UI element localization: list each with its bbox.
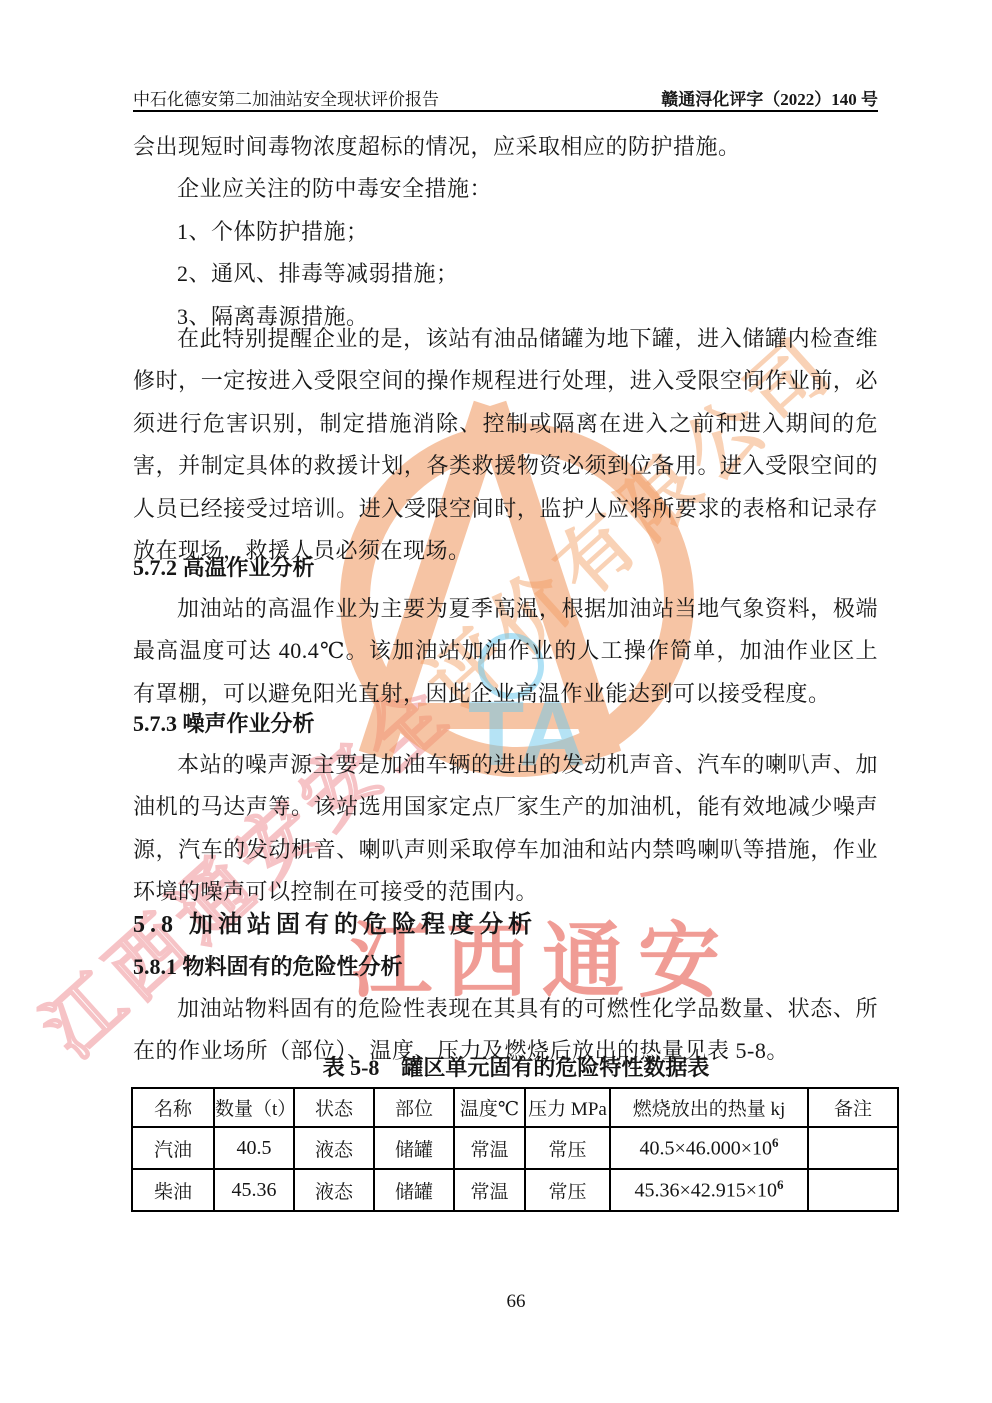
cell-state: 液态 [294,1127,374,1169]
paragraph-intro: 企业应关注的防中毒安全措施： [133,168,878,210]
table-caption: 表 5-8罐区单元固有的危险特性数据表 [133,1051,899,1082]
col-header-part: 部位 [374,1088,454,1127]
col-header-heat: 燃烧放出的热量 kj [610,1088,808,1127]
section-heading-573: 5.7.3 噪声作业分析 [133,707,878,741]
cell-note [808,1127,898,1169]
section-heading-581: 5.8.1 物料固有的危险性分析 [133,950,878,984]
header-document-ref: 赣通浔化评字（2022）140 号 [661,85,878,110]
heat-exponent: 6 [777,1177,784,1192]
cell-quantity: 40.5 [214,1127,294,1169]
table-row: 柴油 45.36 液态 储罐 常温 常压 45.36×42.915×106 [132,1169,898,1211]
col-header-name: 名称 [132,1088,214,1127]
col-header-quantity: 数量（t） [214,1088,294,1127]
heat-base: 45.36×42.915×10 [634,1180,777,1202]
section-heading-572: 5.7.2 高温作业分析 [133,551,878,585]
paragraph-confined-space: 在此特别提醒企业的是，该站有油品储罐为地下罐，进入储罐内检查维修时，一定按进入受… [133,318,878,572]
list-item: 1、个体防护措施； [133,211,878,253]
table-header-row: 名称 数量（t） 状态 部位 温度℃ 压力 MPa 燃烧放出的热量 kj 备注 [132,1088,898,1127]
cell-name: 柴油 [132,1169,214,1211]
cell-heat: 40.5×46.000×106 [610,1127,808,1169]
page-content: 中石化德安第二加油站安全现状评价报告 赣通浔化评字（2022）140 号 会出现… [0,0,992,1403]
cell-temperature: 常温 [454,1169,525,1211]
cell-state: 液态 [294,1169,374,1211]
section-heading-58: 5.8 加油站固有的危险程度分析 [133,908,878,942]
cell-note [808,1169,898,1211]
header-divider [133,110,878,112]
paragraph-carryover: 会出现短时间毒物浓度超标的情况，应采取相应的防护措施。 [133,126,878,168]
heat-exponent: 6 [772,1135,779,1150]
cell-pressure: 常压 [525,1127,610,1169]
table-row: 汽油 40.5 液态 储罐 常温 常压 40.5×46.000×106 [132,1127,898,1169]
header-report-title: 中石化德安第二加油站安全现状评价报告 [133,85,439,110]
cell-part: 储罐 [374,1127,454,1169]
table-caption-title: 罐区单元固有的危险特性数据表 [401,1055,709,1080]
cell-heat: 45.36×42.915×106 [610,1169,808,1211]
document-page: 江西通安安全评价有限公司 TA 江西通安 中石化德安第二加油站安全现状评价报告 … [0,0,992,1403]
col-header-pressure: 压力 MPa [525,1088,610,1127]
cell-temperature: 常温 [454,1127,525,1169]
cell-quantity: 45.36 [214,1169,294,1211]
table-caption-number: 表 5-8 [323,1055,380,1080]
col-header-temperature: 温度℃ [454,1088,525,1127]
paragraph-noise: 本站的噪声源主要是加油车辆的进出的发动机声音、汽车的喇叭声、加油机的马达声等。该… [133,744,878,914]
list-item: 2、通风、排毒等减弱措施； [133,253,878,295]
paragraph-high-temp: 加油站的高温作业为主要为夏季高温，根据加油站当地气象资料，极端最高温度可达 40… [133,588,878,715]
hazard-data-table: 名称 数量（t） 状态 部位 温度℃ 压力 MPa 燃烧放出的热量 kj 备注 … [131,1087,899,1212]
cell-pressure: 常压 [525,1169,610,1211]
cell-name: 汽油 [132,1127,214,1169]
page-number: 66 [133,1291,899,1313]
heat-base: 40.5×46.000×10 [639,1138,772,1160]
cell-part: 储罐 [374,1169,454,1211]
col-header-note: 备注 [808,1088,898,1127]
col-header-state: 状态 [294,1088,374,1127]
